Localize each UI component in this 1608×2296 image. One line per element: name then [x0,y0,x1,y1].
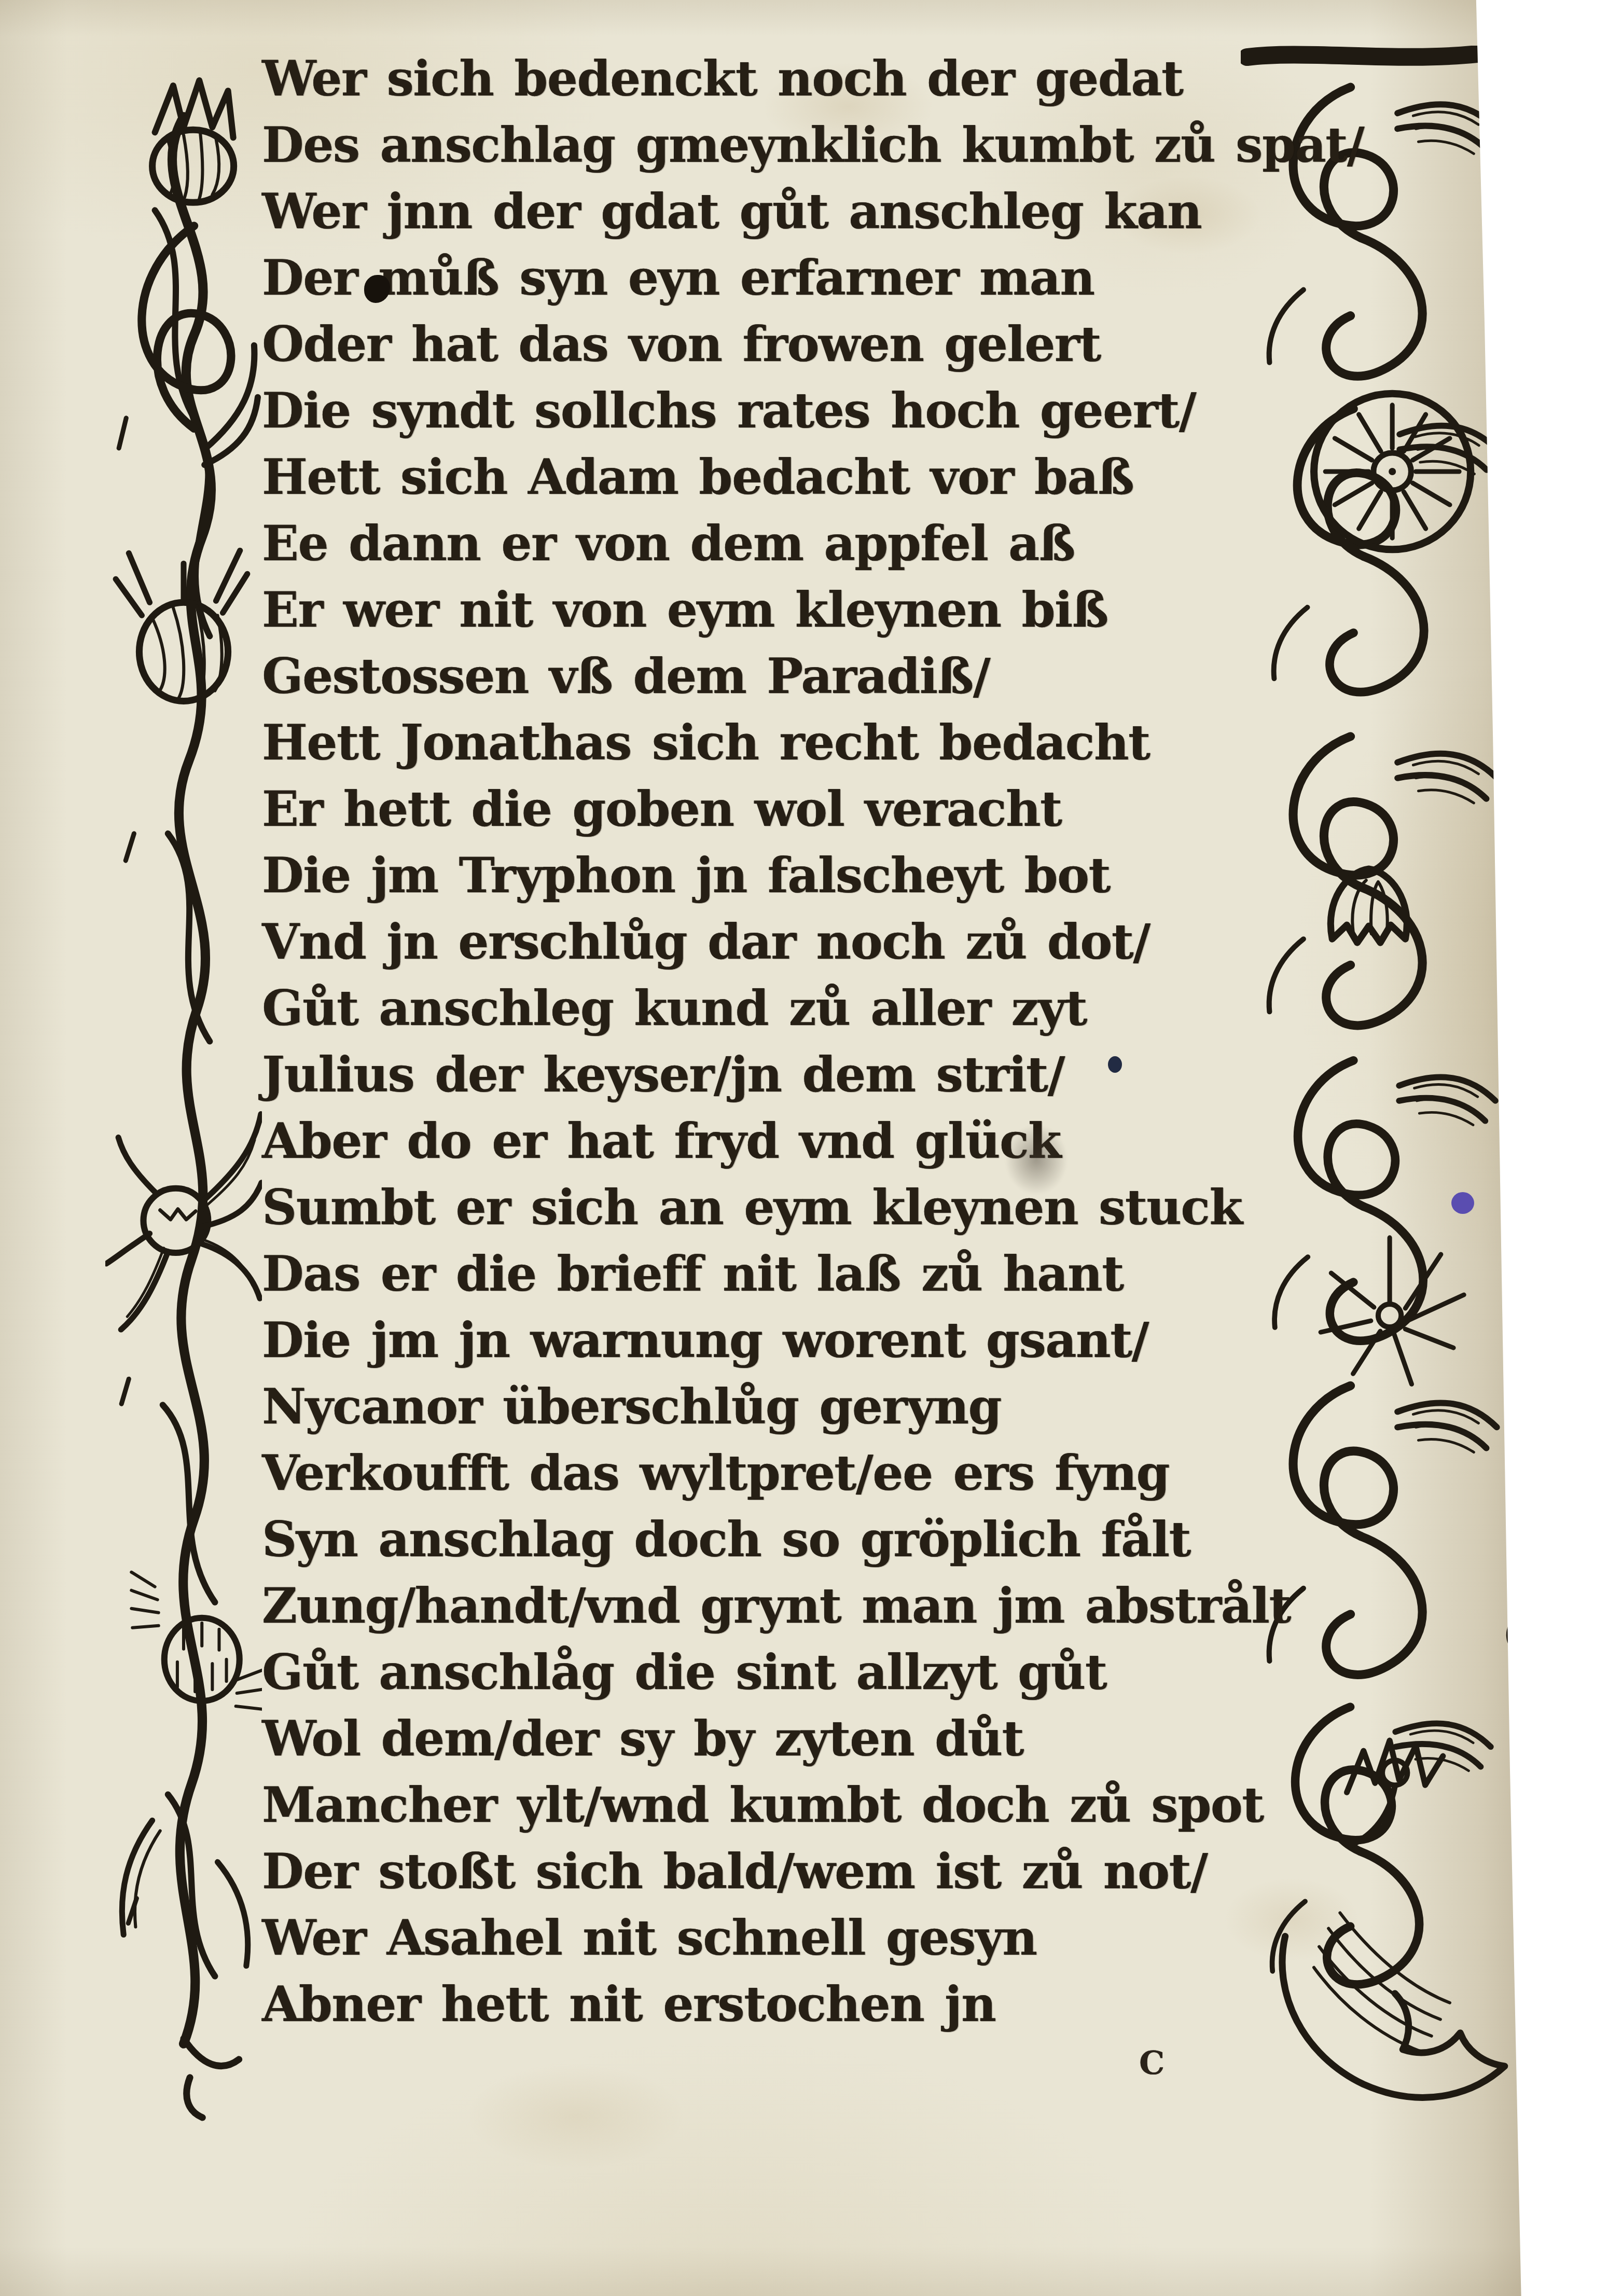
parchment-page: Wer sich bedenckt noch der gedatDes ansc… [0,0,1608,2296]
page-bottom-shading [0,2246,1525,2296]
verse-line: Er hett die goben wol veracht [262,776,1216,842]
daisy-flower-icon [1314,394,1471,549]
verse-line: Hett Jonathas sich recht bedacht [262,710,1216,776]
verse-line: Aber do er hat fryd vnd glück [262,1108,1216,1174]
verse-line: Das er die brieff nit laß zů hant [262,1241,1216,1307]
violet-ink-dot [1451,1192,1474,1214]
verse-line: Wer sich bedenckt noch der gedat [262,46,1216,112]
verse-line: Ee dann er von dem appfel aß [262,510,1216,577]
ink-smudge [1005,1125,1068,1195]
verse-line: Nycanor überschlůg geryng [262,1374,1216,1440]
verse-line: Syn anschlag doch so gröplich fålt [262,1506,1216,1573]
left-woodcut-vine-border-icon [105,54,262,2127]
page-top-shading [0,0,1504,36]
verse-line: Der můß syn eyn erfarner man [262,245,1216,311]
verse-line: Des anschlag gmeynklich kumbt zů spat/ [262,112,1216,178]
verse-line: Oder hat das von frowen gelert [262,311,1216,378]
verse-line: Die jm jn warnung worent gsant/ [262,1307,1216,1374]
verse-line: Wer jnn der gdat gůt anschleg kan [262,178,1216,245]
verse-line: Vnd jn erschlůg dar noch zů dot/ [262,909,1216,975]
verse-line: Der stoßt sich bald/wem ist zů not/ [262,1838,1216,1905]
verse-line: Er wer nit von eym kleynen biß [262,577,1216,643]
right-woodcut-acanthus-border-icon [1241,46,1523,2118]
verse-line: Zung/handt/vnd grynt man jm abstrålt [262,1573,1216,1639]
acanthus-leaf-icon [1282,1913,1505,2098]
foxing-stain [467,2065,685,2168]
strawberry-bud-icon [131,1572,262,1709]
verse-line: Gůt anschleg kund zů aller zyt [262,975,1216,1042]
navy-ink-speck [1108,1056,1122,1073]
verse-line: Abner hett nit erstochen jn [262,1971,1216,2038]
verse-text-block: Wer sich bedenckt noch der gedatDes ansc… [262,46,1216,2038]
verse-line: Die jm Tryphon jn falscheyt bot [262,842,1216,909]
verse-line: Verkoufft das wyltpret/ee ers fyng [262,1440,1216,1506]
verse-line: Gestossen vß dem Paradiß/ [262,643,1216,710]
verse-line: Gůt anschlåg die sint allzyt gůt [262,1639,1216,1706]
verse-line: Wol dem/der sy by zyten důt [262,1706,1216,1772]
verse-line: Mancher ylt/wnd kumbt doch zů spot [262,1772,1216,1838]
verse-line: Sumbt er sich an eym kleynen stuck [262,1174,1216,1241]
signature-mark: C [1139,2044,1165,2082]
verse-line: Julius der keyser/jn dem strit/ [262,1042,1216,1108]
verse-line: Die syndt sollchs rates hoch geert/ [262,378,1216,444]
fan-flower-icon [1321,1238,1464,1384]
carnation-flower-icon [1347,1740,1443,1845]
verse-line: Hett sich Adam bedacht vor baß [262,444,1216,510]
verse-line: Wer Asahel nit schnell gesyn [262,1905,1216,1971]
